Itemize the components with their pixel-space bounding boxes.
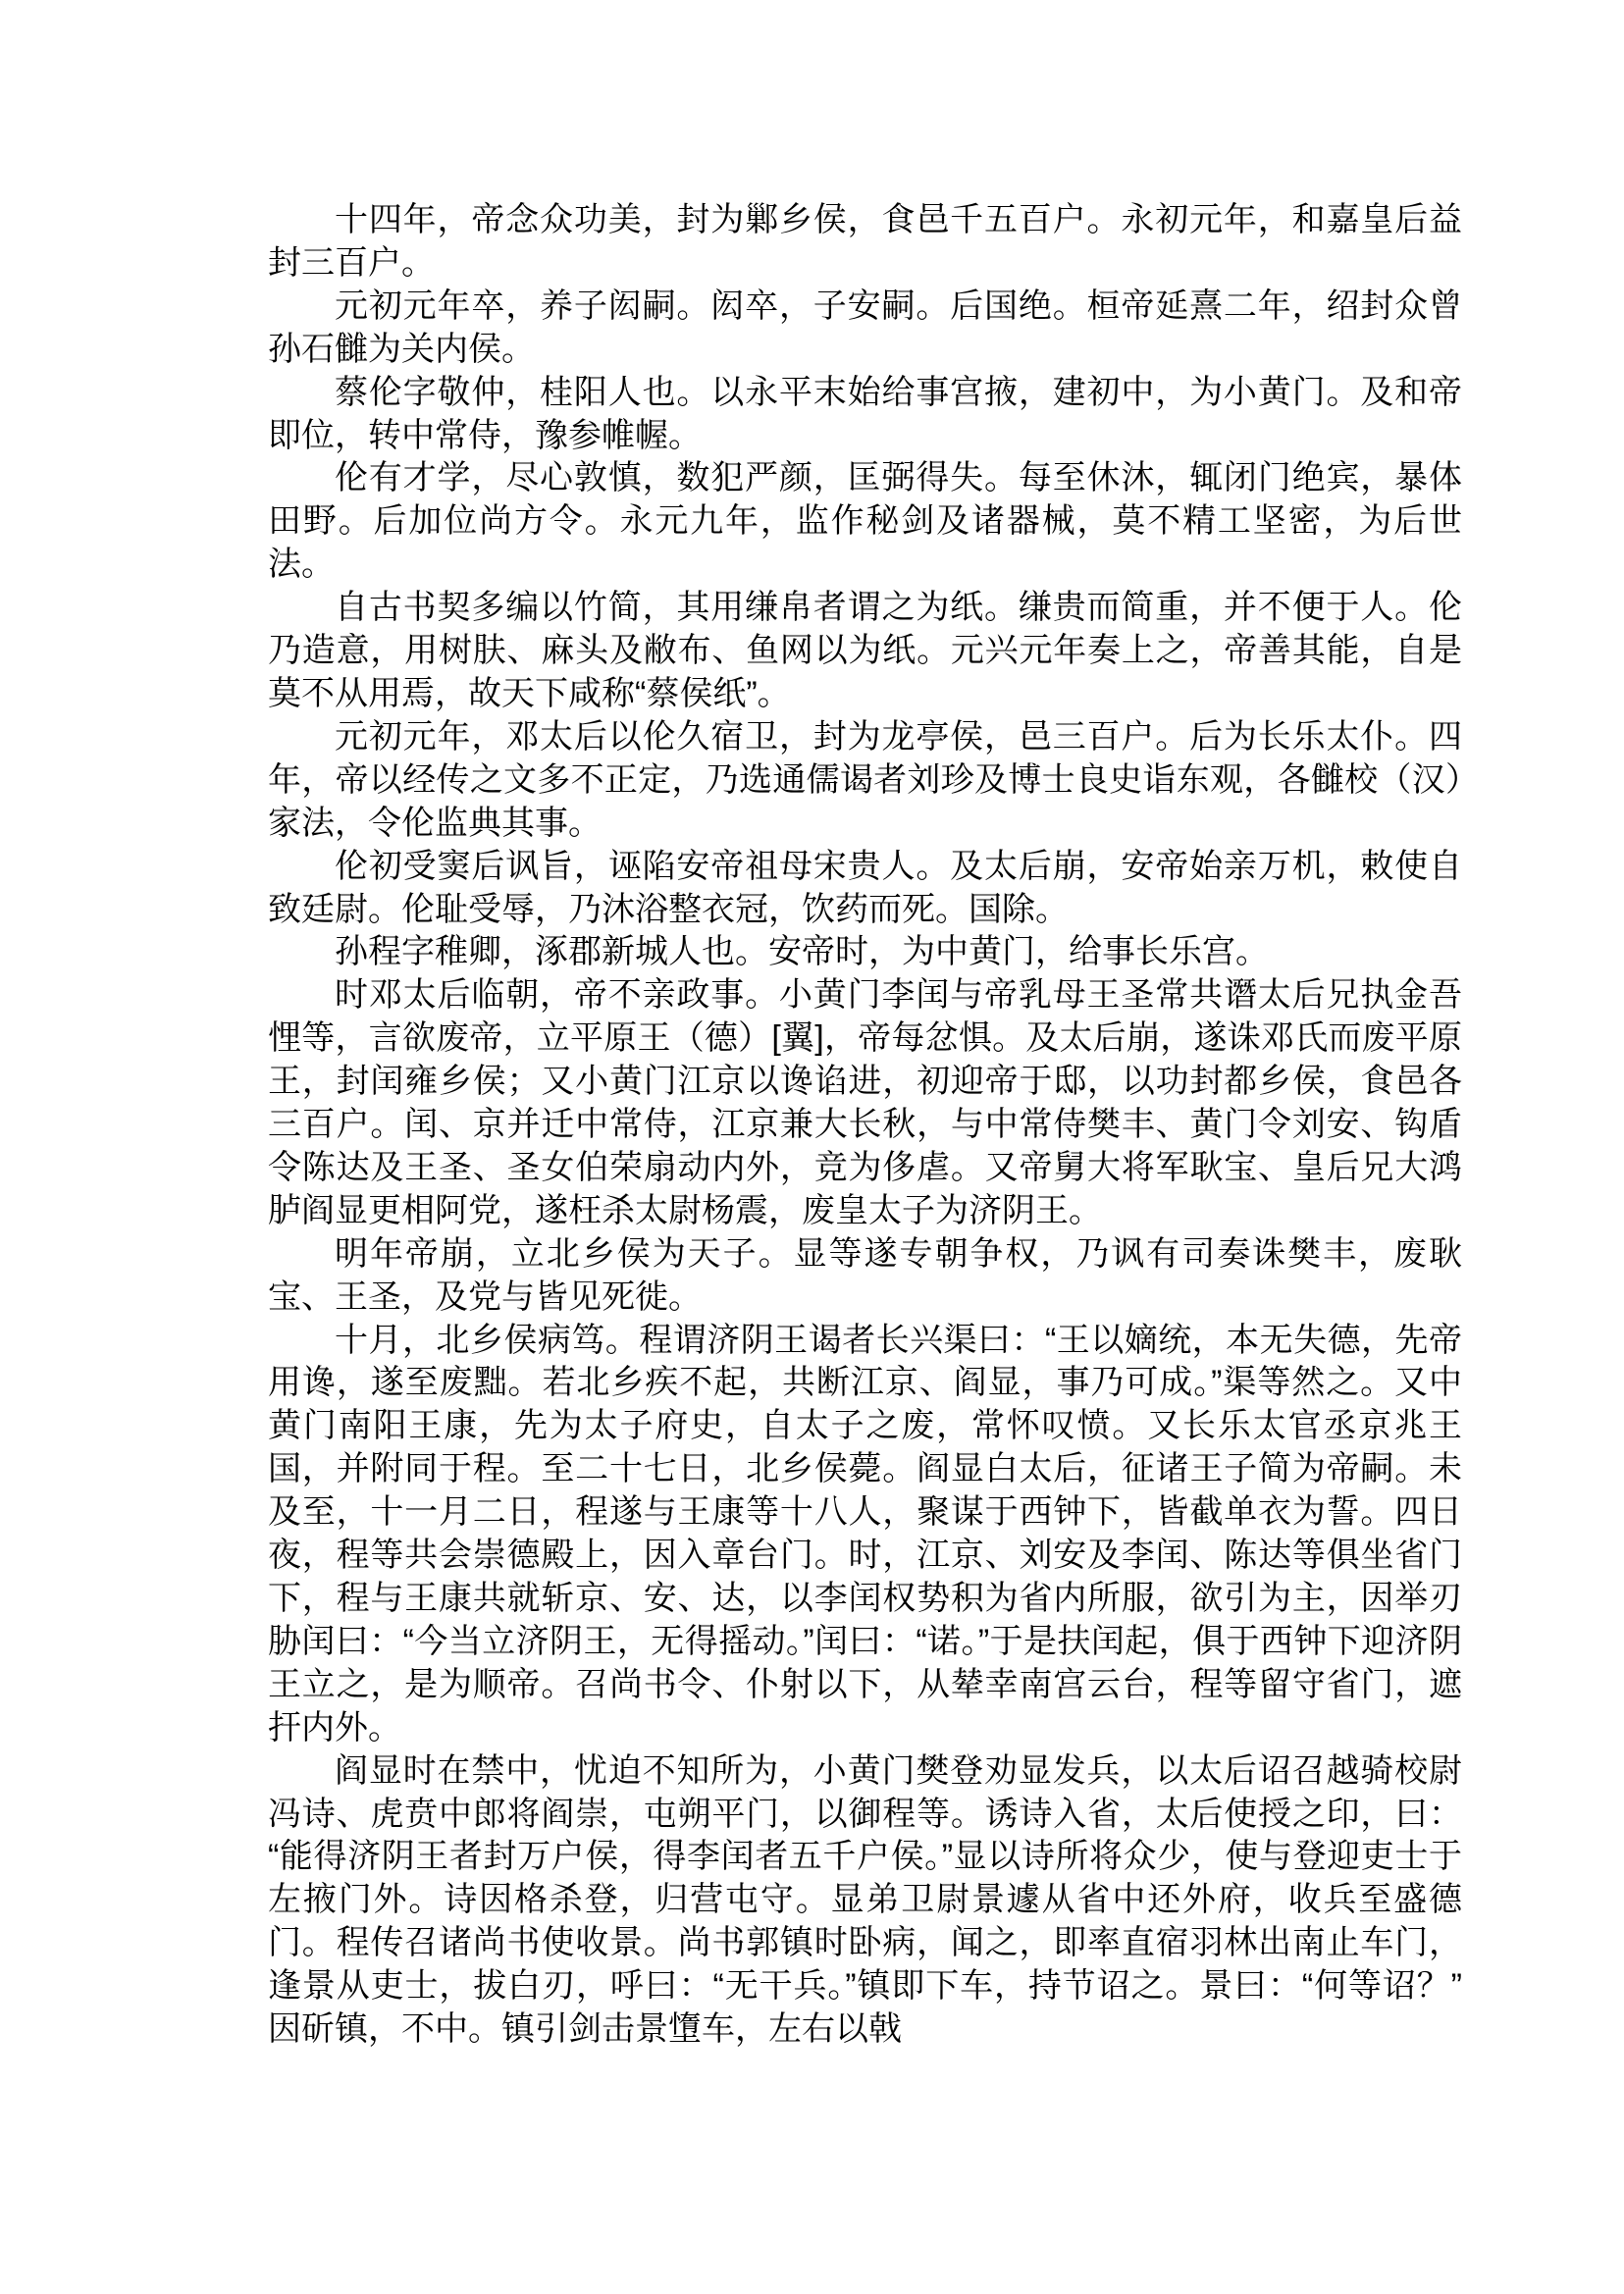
paragraph: 十月，北乡侯病笃。程谓济阴王谒者长兴渠曰：“王以嫡统，本无失德，先帝用谗，遂至废…	[268, 1320, 1462, 1750]
paragraph: 伦有才学，尽心敦慎，数犯严颜，匡弼得失。每至休沐，辄闭门绝宾，暴体田野。后加位尚…	[268, 457, 1462, 587]
paragraph: 伦初受窦后讽旨，诬陷安帝祖母宋贵人。及太后崩，安帝始亲万机，敕使自致廷尉。伦耻受…	[268, 846, 1462, 932]
paragraph: 十四年，帝念众功美，封为鄛乡侯，食邑千五百户。永初元年，和嘉皇后益封三百户。	[268, 199, 1462, 286]
paragraph: 自古书契多编以竹简，其用缣帛者谓之为纸。缣贵而简重，并不便于人。伦乃造意，用树肤…	[268, 587, 1462, 716]
paragraph: 蔡伦字敬仲，桂阳人也。以永平末始给事宫掖，建初中，为小黄门。及和帝即位，转中常侍…	[268, 372, 1462, 458]
paragraph: 阎显时在禁中，忧迫不知所为，小黄门樊登劝显发兵，以太后诏召越骑校尉冯诗、虎贲中郎…	[268, 1750, 1462, 2052]
paragraph: 时邓太后临朝，帝不亲政事。小黄门李闰与帝乳母王圣常共谮太后兄执金吾悝等，言欲废帝…	[268, 974, 1462, 1232]
text-block: 十四年，帝念众功美，封为鄛乡侯，食邑千五百户。永初元年，和嘉皇后益封三百户。元初…	[268, 199, 1462, 2052]
paragraph: 元初元年，邓太后以伦久宿卫，封为龙亭侯，邑三百户。后为长乐太仆。四年，帝以经传之…	[268, 716, 1462, 846]
document-page: 十四年，帝念众功美，封为鄛乡侯，食邑千五百户。永初元年，和嘉皇后益封三百户。元初…	[0, 0, 1624, 2294]
paragraph: 明年帝崩，立北乡侯为天子。显等遂专朝争权，乃讽有司奏诛樊丰，废耿宝、王圣，及党与…	[268, 1233, 1462, 1320]
paragraph: 孙程字稚卿，涿郡新城人也。安帝时，为中黄门，给事长乐宫。	[268, 931, 1462, 974]
paragraph: 元初元年卒，养子闳嗣。闳卒，子安嗣。后国绝。桓帝延熹二年，绍封众曾孙石雠为关内侯…	[268, 286, 1462, 372]
